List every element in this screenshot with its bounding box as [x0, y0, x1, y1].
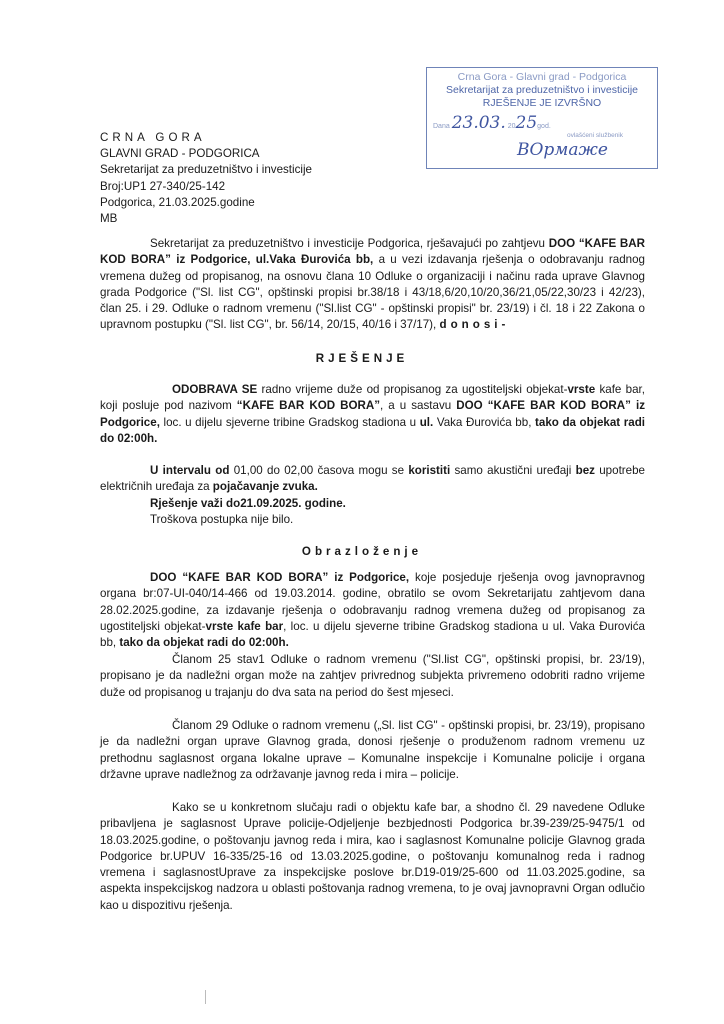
- decision-text: 01,00 do 02,00 časova mogu se: [229, 464, 408, 477]
- decision-bold: ul.: [420, 416, 434, 429]
- stamp-line-2: Sekretarijat za preduzetništvo i investi…: [427, 84, 657, 96]
- stamp-date-value: 23.03.: [452, 113, 506, 133]
- place-and-date: Podgorica, 21.03.2025.godine: [100, 195, 312, 211]
- decision-paragraph-2: U intervalu od 01,00 do 02,00 časova mog…: [100, 463, 645, 496]
- page-mark: [205, 990, 206, 1004]
- business-type: vrste kafe bar: [206, 620, 284, 633]
- explanation-text: Članom 29 Odluke o radnom vremenu („Sl. …: [100, 719, 645, 781]
- intro-paragraph: Sekretarijat za preduzetništvo i investi…: [100, 236, 645, 334]
- business-name: “KAFE BAR KOD BORA”: [237, 399, 380, 412]
- author-initials: MB: [100, 211, 312, 227]
- decision-title: RJEŠENJE: [0, 352, 724, 365]
- decision-text: samo akustični uređaji: [450, 464, 575, 477]
- explanation-paragraph-2: Članom 25 stav1 Odluke o radnom vremenu …: [100, 652, 645, 701]
- executed-stamp: Crna Gora - Glavni grad - Podgorica Sekr…: [426, 67, 658, 169]
- intro-text-1: Sekretarijat za preduzetništvo i investi…: [150, 237, 549, 250]
- explanation-text: Kako se u konkretnom slučaju radi o obje…: [100, 801, 645, 912]
- document-number: Broj:UP1 27-340/25-142: [100, 179, 312, 195]
- stamp-year-prefix: 20: [508, 123, 516, 130]
- decision-text: , a u sastavu: [380, 399, 456, 412]
- explanation-paragraph-1: DOO “KAFE BAR KOD BORA” iz Podgorice, ko…: [100, 570, 645, 651]
- explanation-text: Članom 25 stav1 Odluke o radnom vremenu …: [100, 653, 645, 699]
- stamp-date: Dana 23.03. 2025god.: [433, 113, 551, 133]
- stamp-line-1: Crna Gora - Glavni grad - Podgorica: [427, 71, 657, 83]
- stamp-year-suffix: god.: [537, 123, 551, 130]
- city-name: GLAVNI GRAD - PODGORICA: [100, 146, 312, 162]
- explanation-title: Obrazloženje: [0, 545, 724, 558]
- working-hours: tako da objekat radi do 02:00h.: [119, 636, 288, 649]
- stamp-official-label: ovlašćeni službenik: [567, 132, 623, 139]
- intro-donosi: donosi-: [440, 318, 510, 331]
- stamp-line-3: RJEŠENJE JE IZVRŠNO: [427, 97, 657, 109]
- stamp-year-value: 25: [516, 113, 538, 133]
- validity-line: Rješenje važi do21.09.2025. godine.: [100, 496, 645, 512]
- decision-text: loc. u dijelu sjeverne tribine Gradskog …: [160, 416, 420, 429]
- explanation-paragraph-4: Kako se u konkretnom slučaju radi o obje…: [100, 800, 645, 914]
- explanation-paragraph-3: Članom 29 Odluke o radnom vremenu („Sl. …: [100, 718, 645, 783]
- decision-text: radno vrijeme duže od propisanog za ugos…: [257, 383, 567, 396]
- validity-date: Rješenje važi do21.09.2025. godine.: [150, 497, 346, 510]
- decision-approves: ODOBRAVA SE: [172, 383, 257, 396]
- decision-bold: pojačavanje zvuka.: [213, 480, 318, 493]
- decision-bold: bez: [576, 464, 595, 477]
- decision-bold: koristiti: [408, 464, 450, 477]
- stamp-date-label: Dana: [433, 123, 450, 130]
- official-signature: ВОрмаже: [517, 140, 608, 160]
- decision-text: Vaka Đurovića bb,: [433, 416, 535, 429]
- document-header: CRNA GORA GLAVNI GRAD - PODGORICA Sekret…: [100, 130, 312, 227]
- country-name: CRNA GORA: [100, 130, 312, 146]
- costs-line: Troškova postupka nije bilo.: [100, 512, 645, 528]
- decision-bold: U intervalu od: [150, 464, 229, 477]
- company-name: DOO “KAFE BAR KOD BORA” iz Podgorice,: [150, 571, 409, 584]
- decision-paragraph-1: ODOBRAVA SE radno vrijeme duže od propis…: [100, 382, 645, 447]
- decision-bold: vrste: [567, 383, 595, 396]
- department-name: Sekretarijat za preduzetništvo i investi…: [100, 162, 312, 178]
